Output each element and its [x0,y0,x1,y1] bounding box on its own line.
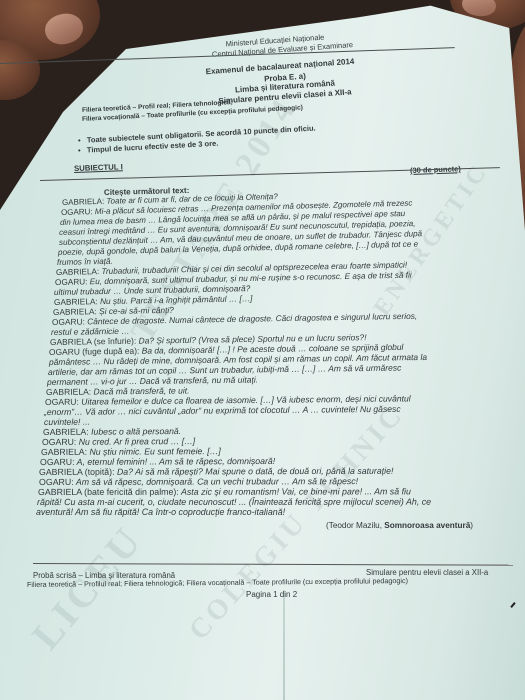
footer-filiera: Filiera teoretică – Profilul real; Filie… [27,574,408,591]
citation-close: ) [470,521,473,530]
pen-mark [510,602,515,608]
section-title: SUBIECTUL I [74,160,123,175]
citation: (Teodor Mazilu, Somnoroasa aventură) [326,519,473,532]
dialogue-line: „enorm”… Vă ador … nici cuvântul „ador” … [44,403,401,419]
dialogue-line: aventură! Am să fiu răpită! Ca într-o co… [36,506,285,519]
line-text: aventură! Am să fiu răpită! Ca într-o co… [36,507,285,517]
document-content: TESTARE 2014 LICEU COLEGIU TEHNIC ENERGE… [0,0,525,700]
citation-work: Somnoroasa aventură [384,521,470,530]
line-text: „enorm”… Vă ador … nici cuvântul „ador” … [44,404,401,417]
footer-page: Pagina 1 din 2 [246,588,297,601]
citation-author: (Teodor Mazilu, [326,521,384,530]
